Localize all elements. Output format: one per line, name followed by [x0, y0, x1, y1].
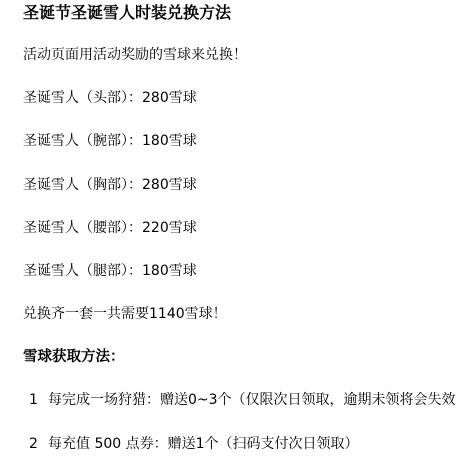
item-label: 圣诞雪人（腰部）：	[23, 220, 142, 236]
item-row-head: 圣诞雪人（头部）：280雪球	[23, 89, 197, 107]
item-cost: 280雪球	[142, 177, 197, 193]
item-label: 圣诞雪人（腿部）：	[23, 263, 142, 279]
page-title: 圣诞节圣诞雪人时装兑换方法	[23, 4, 231, 22]
item-cost: 180雪球	[142, 133, 197, 149]
item-label: 圣诞雪人（胸部）：	[23, 177, 142, 193]
method-row-1: 1每完成一场狩猎：赠送0~3个（仅限次日领取，逾期未领将会失效）	[29, 391, 456, 409]
method-number: 2	[29, 435, 48, 453]
item-row-waist: 圣诞雪人（腰部）：220雪球	[23, 219, 197, 237]
method-text: 每完成一场狩猎：赠送0~3个（仅限次日领取，逾期未领将会失效）	[48, 392, 456, 408]
method-text: 每充值 500 点券：赠送1个（扫码支付次日领取）	[48, 436, 359, 452]
item-label: 圣诞雪人（头部）：	[23, 90, 142, 106]
intro-text: 活动页面用活动奖励的雪球来兑换！	[23, 46, 247, 64]
method-number: 1	[29, 391, 48, 409]
item-cost: 220雪球	[142, 220, 197, 236]
document-page: 圣诞节圣诞雪人时装兑换方法 活动页面用活动奖励的雪球来兑换！ 圣诞雪人（头部）：…	[0, 0, 456, 467]
method-row-2: 2每充值 500 点券：赠送1个（扫码支付次日领取）	[29, 435, 359, 453]
item-row-leg: 圣诞雪人（腿部）：180雪球	[23, 262, 197, 280]
item-cost: 280雪球	[142, 90, 197, 106]
item-cost: 180雪球	[142, 263, 197, 279]
total-text: 兑换齐一套一共需要1140雪球！	[23, 305, 227, 323]
item-row-chest: 圣诞雪人（胸部）：280雪球	[23, 176, 197, 194]
section-heading: 雪球获取方法：	[23, 348, 125, 366]
item-row-wrist: 圣诞雪人（腕部）：180雪球	[23, 132, 197, 150]
item-label: 圣诞雪人（腕部）：	[23, 133, 142, 149]
